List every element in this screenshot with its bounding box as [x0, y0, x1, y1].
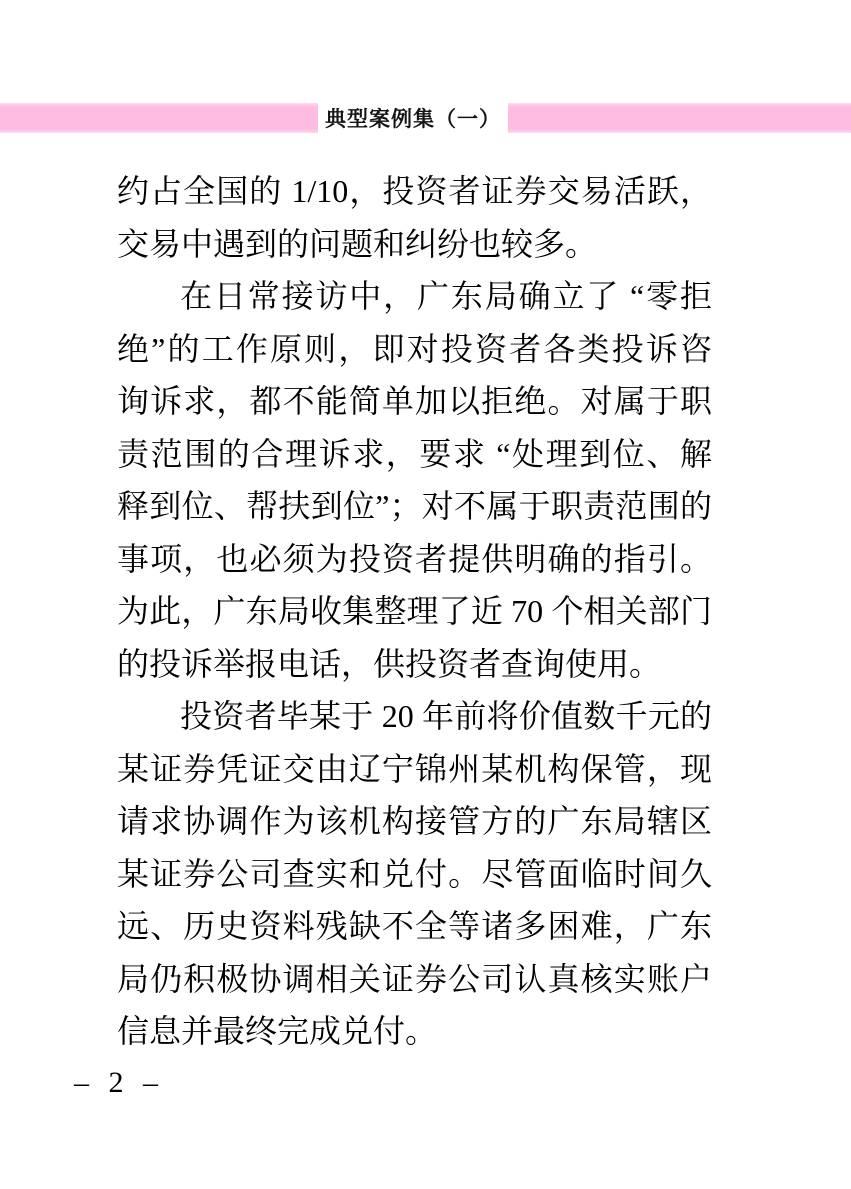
text-line: 信息并最终完成兑付。	[117, 1005, 712, 1058]
text-line: 交易中遇到的问题和纠纷也较多。	[117, 218, 712, 271]
running-head: 典型案例集（一）	[0, 103, 851, 133]
body-text: 约占全国的 1/10，投资者证券交易活跃， 交易中遇到的问题和纠纷也较多。 在日…	[117, 165, 712, 1058]
header-band-left	[0, 103, 318, 133]
page-number: – 2 –	[74, 1066, 164, 1100]
text-line: 的投诉举报电话，供投资者查询使用。	[117, 638, 712, 691]
text-line: 投资者毕某于 20 年前将价值数千元的	[117, 690, 712, 743]
text-line: 某证券公司查实和兑付。尽管面临时间久	[117, 848, 712, 901]
text-line: 责范围的合理诉求，要求 “处理到位、解	[117, 428, 712, 481]
text-line: 局仍积极协调相关证券公司认真核实账户	[117, 953, 712, 1006]
text-line: 绝”的工作原则，即对投资者各类投诉咨	[117, 323, 712, 376]
text-line: 为此，广东局收集整理了近 70 个相关部门	[117, 585, 712, 638]
text-line: 在日常接访中，广东局确立了 “零拒	[117, 270, 712, 323]
text-line: 约占全国的 1/10，投资者证券交易活跃，	[117, 165, 712, 218]
text-line: 远、历史资料残缺不全等诸多困难，广东	[117, 900, 712, 953]
text-line: 请求协调作为该机构接管方的广东局辖区	[117, 795, 712, 848]
text-line: 某证券凭证交由辽宁锦州某机构保管，现	[117, 743, 712, 796]
text-line: 释到位、帮扶到位”；对不属于职责范围的	[117, 480, 712, 533]
header-title-box: 典型案例集（一）	[318, 103, 508, 133]
text-line: 事项，也必须为投资者提供明确的指引。	[117, 533, 712, 586]
header-band-right	[508, 103, 851, 133]
text-line: 询诉求，都不能简单加以拒绝。对属于职	[117, 375, 712, 428]
book-page: 典型案例集（一） 约占全国的 1/10，投资者证券交易活跃， 交易中遇到的问题和…	[0, 0, 851, 1189]
running-head-title: 典型案例集（一）	[325, 103, 501, 133]
